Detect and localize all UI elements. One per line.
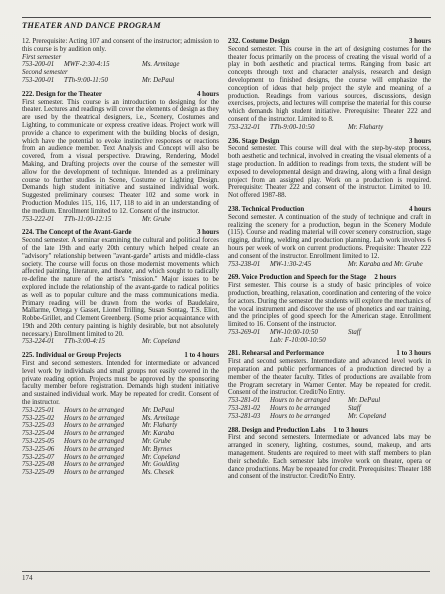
course-heading: 288. Design and Production Labs1 to 3 ho… xyxy=(228,427,431,435)
instructor-name: Mr. Copeland xyxy=(142,454,219,462)
schedule-row: 753-269-01MW-10:00-10:50Staff xyxy=(228,329,431,337)
course-description: First semester. This course is an introd… xyxy=(22,99,219,216)
section-code: 753-225-01 xyxy=(22,407,64,415)
course-description: Second semester. A continuation of the s… xyxy=(228,214,431,261)
meeting-time: TTh-11:00-12:15 xyxy=(64,216,142,224)
meeting-time: Hours to be arranged xyxy=(64,454,142,462)
footer-rule xyxy=(22,571,430,572)
course-entry: 232. Costume Design3 hoursSecond semeste… xyxy=(228,38,431,132)
instructor-name xyxy=(348,337,431,345)
page-content: THEATER AND DANCE PROGRAM 12. Prerequisi… xyxy=(0,0,445,487)
schedule-row: 753-225-08Hours to be arrangedMr. Gouldi… xyxy=(22,461,219,469)
schedule-row: 753-232-01TTh-9:00-10:50Mr. Flaharty xyxy=(228,124,431,132)
page-header: THEATER AND DANCE PROGRAM xyxy=(22,21,431,30)
course-hours: 4 hours xyxy=(409,206,431,214)
meeting-time: Hours to be arranged xyxy=(64,438,142,446)
schedule-row: 753-225-05Hours to be arrangedMr. Grube xyxy=(22,438,219,446)
instructor-name: Ms. Armitage xyxy=(142,61,219,69)
course-hours: 2 hours xyxy=(374,274,396,282)
course-hours: 3 hours xyxy=(197,229,219,237)
instructor-name: Mr. Goulding xyxy=(142,461,219,469)
course-heading: 232. Costume Design3 hours xyxy=(228,38,431,46)
schedule-row: Lab: F-10:00-10:50 xyxy=(228,337,431,345)
course-description: First semester. This course is a study o… xyxy=(228,282,431,329)
instructor-name: Mr. Flaharty xyxy=(142,422,219,430)
section-code: 753-225-02 xyxy=(22,415,64,423)
instructor-name: Mr. Karaba and Mr. Grube xyxy=(348,261,431,269)
meeting-time: Hours to be arranged xyxy=(270,405,348,413)
header-rule xyxy=(22,17,431,18)
course-heading: 236. Stage Design3 hours xyxy=(228,138,431,146)
course-description: First and second semesters. Intended for… xyxy=(22,360,219,407)
instructor-name: Mr. DePaul xyxy=(142,407,219,415)
meeting-time: Hours to be arranged xyxy=(64,446,142,454)
left-column: 12. Prerequisite: Acting 107 and consent… xyxy=(22,38,219,487)
course-description: Second semester. This course will deal w… xyxy=(228,145,431,200)
page-number: 174 xyxy=(22,574,430,582)
course-hours: 3 hours xyxy=(409,38,431,46)
section-code: 753-225-03 xyxy=(22,422,64,430)
meeting-time: MWF-2:30-4:15 xyxy=(64,61,142,69)
section-code: 753-225-08 xyxy=(22,461,64,469)
section-code: 753-225-05 xyxy=(22,438,64,446)
section-code: 753-225-07 xyxy=(22,454,64,462)
meeting-time: Hours to be arranged xyxy=(64,461,142,469)
section-code: 753-281-01 xyxy=(228,397,270,405)
course-description: First and second semesters. Intermediate… xyxy=(228,358,431,397)
instructor-name: Mr. Copeland xyxy=(348,413,431,421)
schedule-row: 753-225-06Hours to be arrangedMr. Byrnes xyxy=(22,446,219,454)
course-number-title: 238. Technical Production xyxy=(228,206,304,214)
meeting-time: Hours to be arranged xyxy=(64,415,142,423)
course-heading: 281. Rehearsal and Performance1 to 3 hou… xyxy=(228,350,431,358)
course-number-title: 281. Rehearsal and Performance xyxy=(228,350,324,358)
section-code xyxy=(228,337,270,345)
schedule-row: 753-238-01MW-1:30-2:45Mr. Karaba and Mr.… xyxy=(228,261,431,269)
course-number-title: 269. Voice Production and Speech for the… xyxy=(228,274,366,282)
course-entry: 222. Design for the Theater4 hoursFirst … xyxy=(22,91,219,224)
instructor-name: Mr. Grube xyxy=(142,438,219,446)
schedule-row: 753-225-04Hours to be arrangedMr. Karaba xyxy=(22,430,219,438)
course-number-title: 222. Design for the Theater xyxy=(22,91,102,99)
schedule-row: 753-225-09Hours to be arrangedMs. Chesek xyxy=(22,469,219,477)
schedule-row: 753-225-02Hours to be arrangedMs. Armita… xyxy=(22,415,219,423)
course-number-title: 225. Individual or Group Projects xyxy=(22,352,121,360)
schedule-row: 753-200-01MWF-2:30-4:15Ms. Armitage xyxy=(22,61,219,69)
course-heading: 225. Individual or Group Projects1 to 4 … xyxy=(22,352,219,360)
schedule-row: 753-225-03Hours to be arrangedMr. Flahar… xyxy=(22,422,219,430)
course-entry: 269. Voice Production and Speech for the… xyxy=(228,274,431,344)
schedule-row: 753-281-02Hours to be arrangedStaff xyxy=(228,405,431,413)
instructor-name: Ms. Chesek xyxy=(142,469,219,477)
course-heading: 222. Design for the Theater4 hours xyxy=(22,91,219,99)
schedule-row: 753-224-01TTh-3:00-4:15Mr. Copeland xyxy=(22,338,219,346)
instructor-name: Mr. Byrnes xyxy=(142,446,219,454)
semester-label: First semester xyxy=(22,54,219,62)
meeting-time: MW-1:30-2:45 xyxy=(270,261,348,269)
right-column: 232. Costume Design3 hoursSecond semeste… xyxy=(228,38,431,487)
instructor-name: Staff xyxy=(348,405,431,413)
section-code: 753-200-01 xyxy=(22,61,64,69)
schedule-row: 753-281-03Hours to be arrangedMr. Copela… xyxy=(228,413,431,421)
course-number-title: 232. Costume Design xyxy=(228,38,289,46)
course-entry: 288. Design and Production Labs1 to 3 ho… xyxy=(228,427,431,482)
course-heading: 238. Technical Production4 hours xyxy=(228,206,431,214)
course-number-title: 288. Design and Production Labs xyxy=(228,427,325,435)
meeting-time: Hours to be arranged xyxy=(64,469,142,477)
catalog-page: THEATER AND DANCE PROGRAM 12. Prerequisi… xyxy=(0,0,445,594)
section-code: 753-238-01 xyxy=(228,261,270,269)
instructor-name: Mr. DePaul xyxy=(142,77,219,85)
meeting-time: MW-10:00-10:50 xyxy=(270,329,348,337)
course-hours: 1 to 3 hours xyxy=(333,427,368,435)
section-code: 753-232-01 xyxy=(228,124,270,132)
course-description: 12. Prerequisite: Acting 107 and consent… xyxy=(22,38,219,54)
schedule-row: 753-225-07Hours to be arrangedMr. Copela… xyxy=(22,454,219,462)
course-hours: 3 hours xyxy=(409,138,431,146)
instructor-name: Mr. DePaul xyxy=(348,397,431,405)
semester-label: Second semester xyxy=(22,69,219,77)
course-continuation: 12. Prerequisite: Acting 107 and consent… xyxy=(22,38,219,85)
course-hours: 4 hours xyxy=(197,91,219,99)
instructor-name: Staff xyxy=(348,329,431,337)
section-code: 753-269-01 xyxy=(228,329,270,337)
schedule-row: 753-222-01TTh-11:00-12:15Mr. Grube xyxy=(22,216,219,224)
two-column-layout: 12. Prerequisite: Acting 107 and consent… xyxy=(22,38,431,487)
meeting-time: Lab: F-10:00-10:50 xyxy=(270,337,348,345)
page-footer: 174 xyxy=(22,571,430,582)
course-description: Second semester. This course in the art … xyxy=(228,46,431,124)
meeting-time: Hours to be arranged xyxy=(64,430,142,438)
section-code: 753-281-03 xyxy=(228,413,270,421)
course-description: Second semester. A seminar examining the… xyxy=(22,237,219,338)
meeting-time: TTh-9:00-10:50 xyxy=(270,124,348,132)
course-number-title: 236. Stage Design xyxy=(228,138,280,146)
section-code: 753-200-01 xyxy=(22,77,64,85)
instructor-name: Mr. Copeland xyxy=(142,338,219,346)
section-code: 753-225-06 xyxy=(22,446,64,454)
course-heading: 224. The Concept of the Avant-Garde3 hou… xyxy=(22,229,219,237)
meeting-time: TTh-3:00-4:15 xyxy=(64,338,142,346)
course-entry: 281. Rehearsal and Performance1 to 3 hou… xyxy=(228,350,431,420)
section-code: 753-225-09 xyxy=(22,469,64,477)
instructor-name: Mr. Grube xyxy=(142,216,219,224)
section-code: 753-281-02 xyxy=(228,405,270,413)
instructor-name: Mr. Flaharty xyxy=(348,124,431,132)
meeting-time: Hours to be arranged xyxy=(64,407,142,415)
course-entry: 224. The Concept of the Avant-Garde3 hou… xyxy=(22,229,219,346)
meeting-time: Hours to be arranged xyxy=(270,397,348,405)
course-heading: 269. Voice Production and Speech for the… xyxy=(228,274,431,282)
schedule-row: 753-200-01TTh-9:00-11:50Mr. DePaul xyxy=(22,77,219,85)
course-hours: 1 to 3 hours xyxy=(396,350,431,358)
meeting-time: Hours to be arranged xyxy=(64,422,142,430)
course-entry: 238. Technical Production4 hoursSecond s… xyxy=(228,206,431,268)
course-entry: 236. Stage Design3 hoursSecond semester.… xyxy=(228,138,431,200)
section-code: 753-225-04 xyxy=(22,430,64,438)
course-hours: 1 to 4 hours xyxy=(184,352,219,360)
meeting-time: TTh-9:00-11:50 xyxy=(64,77,142,85)
instructor-name: Mr. Karaba xyxy=(142,430,219,438)
course-number-title: 224. The Concept of the Avant-Garde xyxy=(22,229,132,237)
schedule-row: 753-225-01Hours to be arrangedMr. DePaul xyxy=(22,407,219,415)
section-code: 753-222-01 xyxy=(22,216,64,224)
instructor-name: Ms. Armitage xyxy=(142,415,219,423)
meeting-time: Hours to be arranged xyxy=(270,413,348,421)
course-entry: 225. Individual or Group Projects1 to 4 … xyxy=(22,352,219,477)
course-description: First and second semesters. Intermediate… xyxy=(228,434,431,481)
section-code: 753-224-01 xyxy=(22,338,64,346)
schedule-row: 753-281-01Hours to be arrangedMr. DePaul xyxy=(228,397,431,405)
